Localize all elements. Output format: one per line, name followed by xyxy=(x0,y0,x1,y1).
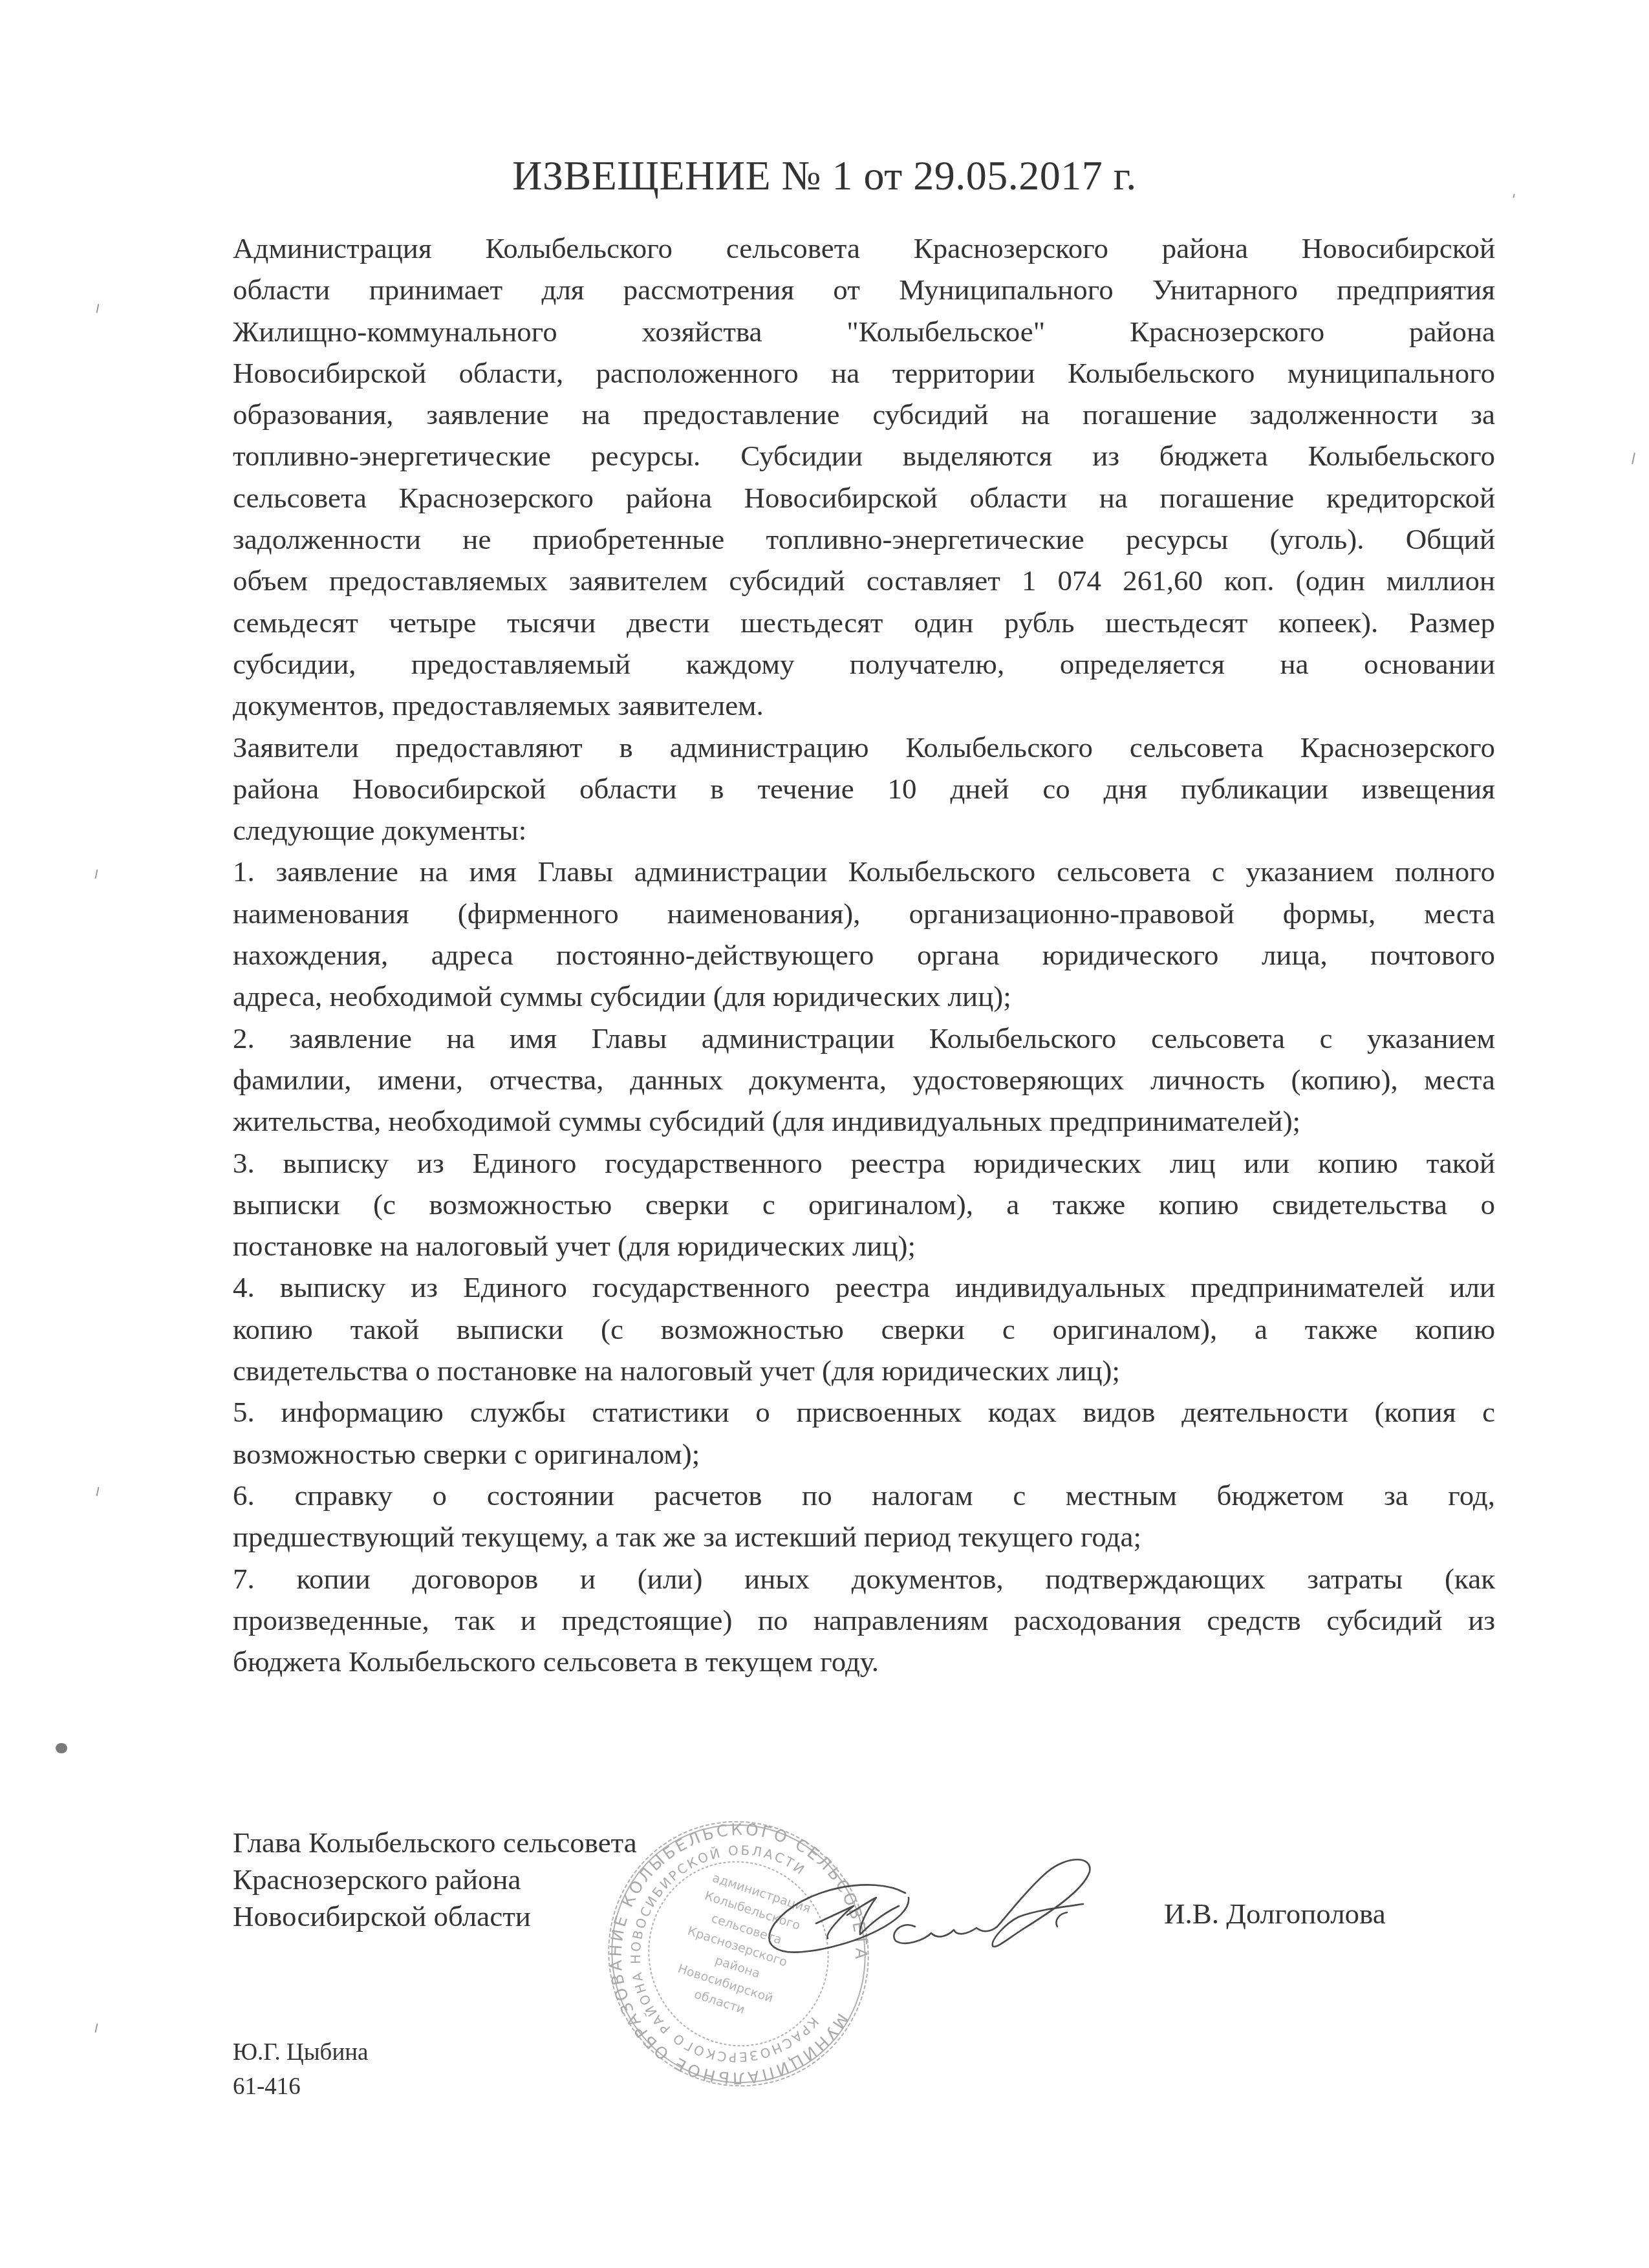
text-line: адреса, необходимой суммы субсидии (для … xyxy=(233,976,1495,1017)
document-page: ИЗВЕЩЕНИЕ № 1 от 29.05.2017 г. Администр… xyxy=(0,0,1649,2268)
text-line: 2. заявление на имя Главы администрации … xyxy=(233,1018,1495,1059)
text-line: задолженности не приобретенные топливно-… xyxy=(233,519,1495,560)
list-item-3: 3. выписку из Единого государственного р… xyxy=(233,1142,1495,1267)
list-item-5: 5. информацию службы статистики о присво… xyxy=(233,1391,1495,1475)
text-line: 7. копии договоров и (или) иных документ… xyxy=(233,1558,1495,1599)
text-line: предшествующий текущему, а так же за ист… xyxy=(233,1516,1495,1557)
text-line: выписки (с возможностью сверки с оригина… xyxy=(233,1184,1495,1225)
text-line: нахождения, адреса постоянно-действующег… xyxy=(233,934,1495,976)
list-item-2: 2. заявление на имя Главы администрации … xyxy=(233,1018,1495,1142)
text-line: постановке на налоговый учет (для юридич… xyxy=(233,1225,1495,1267)
scan-artifact xyxy=(1632,453,1635,464)
text-line: Заявители предоставляют в администрацию … xyxy=(233,727,1495,768)
scan-artifact xyxy=(96,304,100,313)
text-line: Новосибирской области, расположенного на… xyxy=(233,352,1495,394)
text-line: образования, заявление на предоставление… xyxy=(233,394,1495,435)
text-line: области принимает для рассмотрения от Му… xyxy=(233,269,1495,310)
text-line: документов, предоставляемых заявителем. xyxy=(233,685,1495,726)
scan-artifact xyxy=(95,2024,98,2033)
text-line: топливно-энергетические ресурсы. Субсиди… xyxy=(233,435,1495,476)
text-line: сельсовета Краснозерского района Новосиб… xyxy=(233,477,1495,519)
text-line: фамилии, имени, отчества, данных докумен… xyxy=(233,1059,1495,1100)
list-item-1: 1. заявление на имя Главы администрации … xyxy=(233,851,1495,1017)
text-line: района Новосибирской области в течение 1… xyxy=(233,768,1495,809)
text-line: свидетельства о постановке на налоговый … xyxy=(233,1350,1495,1391)
text-line: возможностью сверки с оригиналом); xyxy=(233,1433,1495,1475)
text-line: 6. справку о состоянии расчетов по налог… xyxy=(233,1475,1495,1516)
text-line: наименования (фирменного наименования), … xyxy=(233,893,1495,934)
signer-name: И.В. Долгополова xyxy=(1164,1896,1386,1932)
text-line: Жилищно-коммунального хозяйства "Колыбел… xyxy=(233,311,1495,352)
notice-title: ИЗВЕЩЕНИЕ № 1 от 29.05.2017 г. xyxy=(0,150,1649,202)
list-item-7: 7. копии договоров и (или) иных документ… xyxy=(233,1558,1495,1683)
text-line: 1. заявление на имя Главы администрации … xyxy=(233,851,1495,892)
text-line: 4. выписку из Единого государственного р… xyxy=(233,1267,1495,1308)
handwritten-signature xyxy=(763,1836,1125,1978)
scan-artifact xyxy=(96,1487,100,1496)
text-line: 5. информацию службы статистики о присво… xyxy=(233,1391,1495,1433)
punch-hole-mark xyxy=(56,1743,67,1753)
text-line: 3. выписку из Единого государственного р… xyxy=(233,1142,1495,1184)
text-line: жительства, необходимой суммы субсидий (… xyxy=(233,1100,1495,1142)
notice-body: Администрация Колыбельского сельсовета К… xyxy=(233,228,1495,1682)
text-line: объем предоставляемых заявителем субсиди… xyxy=(233,560,1495,601)
position-line: Новосибирской области xyxy=(233,1898,637,1935)
executor-name: Ю.Г. Цыбина xyxy=(233,2035,368,2070)
text-line: бюджета Колыбельского сельсовета в текущ… xyxy=(233,1641,1495,1682)
text-line: субсидии, предоставляемый каждому получа… xyxy=(233,643,1495,685)
position-line: Краснозерского района xyxy=(233,1861,637,1898)
executor-phone: 61-416 xyxy=(233,2070,368,2104)
list-item-6: 6. справку о состоянии расчетов по налог… xyxy=(233,1475,1495,1558)
list-item-4: 4. выписку из Единого государственного р… xyxy=(233,1267,1495,1391)
paragraph-applicants: Заявители предоставляют в администрацию … xyxy=(233,727,1495,851)
signatory-position: Глава Колыбельского сельсовета Краснозер… xyxy=(233,1824,637,1935)
position-line: Глава Колыбельского сельсовета xyxy=(233,1824,637,1861)
paragraph-intro: Администрация Колыбельского сельсовета К… xyxy=(233,228,1495,727)
text-line: семьдесят четыре тысячи двести шестьдеся… xyxy=(233,602,1495,643)
text-line: произведенные, так и предстоящие) по нап… xyxy=(233,1599,1495,1641)
scan-artifact xyxy=(95,870,98,879)
text-line: копию такой выписки (с возможностью свер… xyxy=(233,1309,1495,1350)
text-line: следующие документы: xyxy=(233,809,1495,851)
executor-info: Ю.Г. Цыбина 61-416 xyxy=(233,2035,368,2104)
text-line: Администрация Колыбельского сельсовета К… xyxy=(233,228,1495,269)
